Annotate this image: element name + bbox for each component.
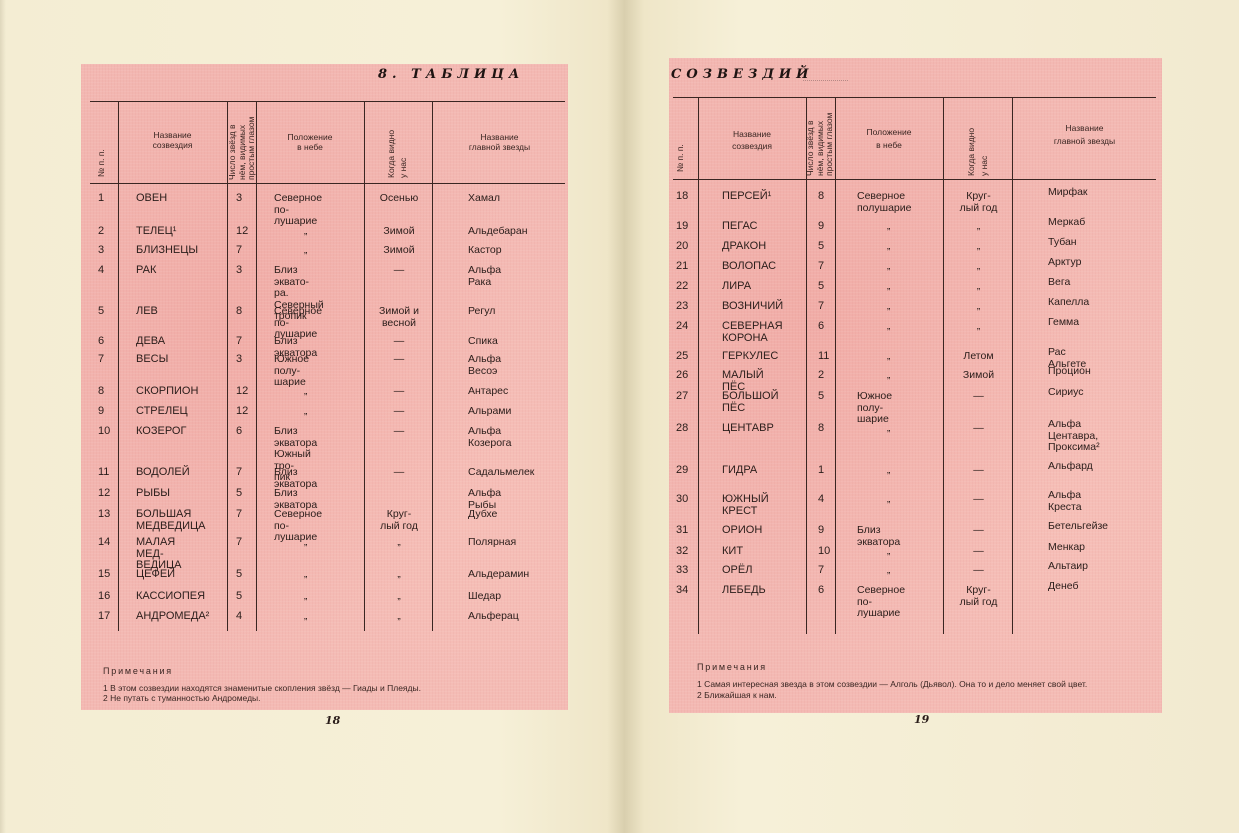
visibility-season: — [366,336,432,348]
row-number: 2 [98,226,104,238]
constellation-name: ДРАКОН [722,241,766,253]
star-count: 9 [818,525,824,537]
main-star: Мирфак [1048,187,1088,199]
visibility-season: — [366,406,432,418]
sky-position: „ [304,406,307,418]
constellation-name: РАК [136,265,156,277]
visibility-season: „ [366,537,432,549]
sky-position: „ [887,301,890,313]
sky-position: „ [887,321,890,333]
main-star: Регул [468,306,495,318]
visibility-season: — [945,546,1012,558]
visibility-season: Круг- лый год [945,585,1012,608]
constellation-name: ГЕРКУЛЕС [722,351,778,363]
star-count: 5 [236,569,242,581]
visibility-season: „ [945,321,1012,333]
star-count: 6 [818,321,824,333]
visibility-season: — [945,565,1012,577]
row-number: 33 [676,565,688,577]
constellation-name: ОРИОН [722,525,762,537]
column-divider [364,101,365,631]
main-star: Вега [1048,277,1070,289]
sky-position: Северное по- лушарие [274,193,322,228]
constellation-name: БОЛЬШОЙ ПЁС [722,391,779,414]
constellation-name: ВОЗНИЧИЙ [722,301,783,313]
sky-position: „ [887,241,890,253]
row-number: 8 [98,386,104,398]
main-star: Тубан [1048,237,1077,249]
row-number: 7 [98,354,104,366]
row-number: 15 [98,569,110,581]
star-count: 7 [236,336,242,348]
constellation-name: ОРЁЛ [722,565,752,577]
row-number: 19 [676,221,688,233]
sky-position: „ [887,261,890,273]
sky-position: Южное полу- шарие [274,354,309,389]
right-note-1: 1 Самая интересная звезда в этом созвезд… [697,679,1087,689]
row-number: 16 [98,591,110,603]
constellation-name: ГИДРА [722,465,757,477]
constellation-name: ОВЕН [136,193,167,205]
row-number: 34 [676,585,688,597]
constellation-name: СКОРПИОН [136,386,198,398]
visibility-season: „ [945,241,1012,253]
main-star: Бетельгейзе [1048,521,1108,533]
row-number: 23 [676,301,688,313]
visibility-season: „ [945,261,1012,273]
sky-position: Северное по- лушарие [857,585,905,620]
star-count: 3 [236,265,242,277]
star-count: 12 [236,226,248,238]
star-count: 8 [818,191,824,203]
star-count: 8 [818,423,824,435]
visibility-season: — [366,265,432,277]
sky-position: Южное полу- шарие [857,391,892,426]
main-star: Альдерамин [468,569,529,581]
main-star: Процион [1048,366,1091,378]
star-count: 6 [818,585,824,597]
row-number: 28 [676,423,688,435]
star-count: 9 [818,221,824,233]
constellation-name: ЦЕФЕЙ [136,569,175,581]
row-number: 21 [676,261,688,273]
visibility-season: Летом [945,351,1012,363]
row-number: 24 [676,321,688,333]
row-number: 13 [98,509,110,521]
row-number: 5 [98,306,104,318]
right-page-title: СОЗВЕЗДИЙ [671,67,813,82]
visibility-season: „ [366,569,432,581]
visibility-season: Осенью [366,193,432,205]
row-number: 31 [676,525,688,537]
header-sky-position: Положение в небе [258,132,362,152]
visibility-season: Круг- лый год [366,509,432,532]
row-number: 9 [98,406,104,418]
sky-position: „ [887,546,890,558]
header-constellation-name: Название созвездия [120,130,225,150]
star-count: 7 [236,537,242,549]
row-number: 10 [98,426,110,438]
star-count: 2 [818,370,824,382]
star-count: 7 [236,509,242,521]
header-star-count: Число звёзд в нём, видимых простым глазо… [228,117,257,180]
row-number: 6 [98,336,104,348]
star-count: 7 [236,245,242,257]
header-main-star: Название главной звезды [1014,122,1155,148]
constellation-name: ВОЛОПАС [722,261,776,273]
row-number: 11 [98,467,109,479]
sky-position: „ [304,245,307,257]
visibility-season: — [945,525,1012,537]
main-star: Альфа Весоэ [468,354,501,377]
sky-position: „ [887,565,890,577]
visibility-season: Зимой и весной [366,306,432,329]
main-star: Хамал [468,193,500,205]
visibility-season: „ [366,591,432,603]
header-main-star: Название главной звезды [434,132,565,152]
right-note-2: 2 Ближайшая к нам. [697,690,777,700]
sky-position: „ [304,591,307,603]
sky-position: „ [887,370,890,382]
star-count: 12 [236,386,248,398]
sky-position: „ [304,226,307,238]
star-count: 3 [236,193,242,205]
visibility-season: — [945,494,1012,506]
main-star: Альфа Центавра, Проксима² [1048,419,1100,454]
sky-position: „ [887,423,890,435]
main-star: Садальмелек [468,467,534,479]
constellation-name: ВЕСЫ [136,354,168,366]
constellation-name: РЫБЫ [136,488,170,500]
star-count: 7 [818,261,824,273]
header-constellation-name: Название созвездия [700,128,804,152]
main-star: Альфа Креста [1048,490,1082,513]
constellation-name: КИТ [722,546,743,558]
sky-position: Близ экватора [857,525,900,548]
sky-position: „ [887,494,890,506]
star-count: 12 [236,406,248,418]
star-count: 6 [236,426,242,438]
constellation-name: МАЛАЯ МЕД- ВЕДИЦА [136,537,182,572]
main-star: Арктур [1048,257,1081,269]
constellation-name: БЛИЗНЕЦЫ [136,245,198,257]
main-star: Спика [468,336,498,348]
column-divider [806,97,807,634]
left-notes-title: Примечания [103,666,173,676]
visibility-season: — [366,467,432,479]
star-count: 5 [236,591,242,603]
constellation-name: ПЕГАС [722,221,758,233]
table-header-rule [673,179,1156,180]
visibility-season: Зимой [945,370,1012,382]
main-star: Альферац [468,611,519,623]
main-star: Шедар [468,591,501,603]
visibility-season: — [366,386,432,398]
sky-position: Северное полушарие [857,191,911,214]
constellation-name: ЦЕНТАВР [722,423,774,435]
star-count: 7 [818,565,824,577]
title-dotted-leader [803,80,848,81]
row-number: 14 [98,537,110,549]
constellation-name: АНДРОМЕДА² [136,611,209,623]
page-number-left: 18 [325,714,340,727]
row-number: 4 [98,265,104,277]
star-count: 5 [818,281,824,293]
star-count: 10 [818,546,830,558]
star-count: 8 [236,306,242,318]
left-note-2: 2 Не путать с туманностью Андромеды. [103,693,261,703]
row-number: 27 [676,391,688,403]
main-star: Дубхе [468,509,497,521]
star-count: 5 [818,391,824,403]
page-edge [0,0,6,833]
visibility-season: — [945,465,1012,477]
column-divider [256,101,257,631]
sky-position: „ [887,465,890,477]
main-star: Альфа Рака [468,265,501,288]
column-divider [698,97,699,634]
visibility-season: — [945,423,1012,435]
row-number: 25 [676,351,688,363]
constellation-name: БОЛЬШАЯ МЕДВЕДИЦА [136,509,205,532]
constellation-name: СТРЕЛЕЦ [136,406,188,418]
constellation-name: ЮЖНЫЙ КРЕСТ [722,494,769,517]
header-visibility: Когда видно у нас [965,128,991,176]
visibility-season: „ [945,221,1012,233]
main-star: Альфа Козерога [468,426,512,449]
visibility-season: Зимой [366,245,432,257]
constellation-name: ДЕВА [136,336,165,348]
constellation-name: ЛЕВ [136,306,158,318]
main-star: Сириус [1048,387,1084,399]
visibility-season: Круг- лый год [945,191,1012,214]
main-star: Гемма [1048,317,1079,329]
page-number-right: 19 [914,713,929,726]
constellation-name: ЛЕБЕДЬ [722,585,766,597]
star-count: 4 [236,611,242,623]
constellation-name: ТЕЛЕЦ¹ [136,226,176,238]
row-number: 17 [98,611,110,623]
header-number: № п. п. [97,149,107,177]
sky-position: „ [887,221,890,233]
main-star: Альдебаран [468,226,528,238]
main-star: Полярная [468,537,516,549]
constellation-name: СЕВЕРНАЯ КОРОНА [722,321,783,344]
main-star: Капелла [1048,297,1089,309]
left-page-title: 8. ТАБЛИЦА [378,67,524,82]
row-number: 32 [676,546,688,558]
sky-position: „ [304,537,307,549]
main-star: Денеб [1048,581,1079,593]
main-star: Альрами [468,406,511,418]
row-number: 20 [676,241,688,253]
constellation-name: ЛИРА [722,281,751,293]
table-top-rule [90,101,565,102]
column-divider [1012,97,1013,634]
row-number: 30 [676,494,688,506]
visibility-season: — [366,426,432,438]
row-number: 1 [98,193,104,205]
visibility-season: Зимой [366,226,432,238]
main-star: Альфард [1048,461,1093,473]
sky-position: „ [887,281,890,293]
constellation-name: КАССИОПЕЯ [136,591,205,603]
star-count: 5 [236,488,242,500]
main-star: Менкар [1048,542,1085,554]
main-star: Антарес [468,386,508,398]
row-number: 18 [676,191,688,203]
constellation-name: ПЕРСЕЙ¹ [722,191,771,203]
star-count: 5 [818,241,824,253]
left-note-1: 1 В этом созвездии находятся знаменитые … [103,683,421,693]
row-number: 29 [676,465,688,477]
star-count: 7 [236,467,242,479]
header-visibility: Когда видно у нас [385,130,409,178]
constellation-name: КОЗЕРОГ [136,426,186,438]
star-count: 11 [818,351,829,363]
star-count: 1 [818,465,824,477]
constellation-name: ВОДОЛЕЙ [136,467,190,479]
table-header-rule [90,183,565,184]
sky-position: „ [304,611,307,623]
sky-position: „ [304,569,307,581]
table-top-rule [673,97,1156,98]
column-divider [835,97,836,634]
star-count: 4 [818,494,824,506]
row-number: 22 [676,281,688,293]
header-number: № п. п. [676,144,686,172]
row-number: 12 [98,488,110,500]
sky-position: „ [304,386,307,398]
main-star: Меркаб [1048,217,1085,229]
star-count: 7 [818,301,824,313]
column-divider [118,101,119,631]
header-star-count: Число звёзд в нём, видимых простым глазо… [806,113,835,176]
visibility-season: — [366,354,432,366]
column-divider [943,97,944,634]
sky-position: „ [887,351,890,363]
main-star: Кастор [468,245,502,257]
main-star: Альтаир [1048,561,1088,573]
row-number: 3 [98,245,104,257]
visibility-season: „ [945,281,1012,293]
column-divider [227,101,228,631]
visibility-season: „ [945,301,1012,313]
column-divider [432,101,433,631]
visibility-season: „ [366,611,432,623]
star-count: 3 [236,354,242,366]
sky-position: Северное по- лушарие [274,509,322,544]
right-notes-title: Примечания [697,662,767,672]
visibility-season: — [945,391,1012,403]
row-number: 26 [676,370,688,382]
header-sky-position: Положение в небе [837,126,941,152]
